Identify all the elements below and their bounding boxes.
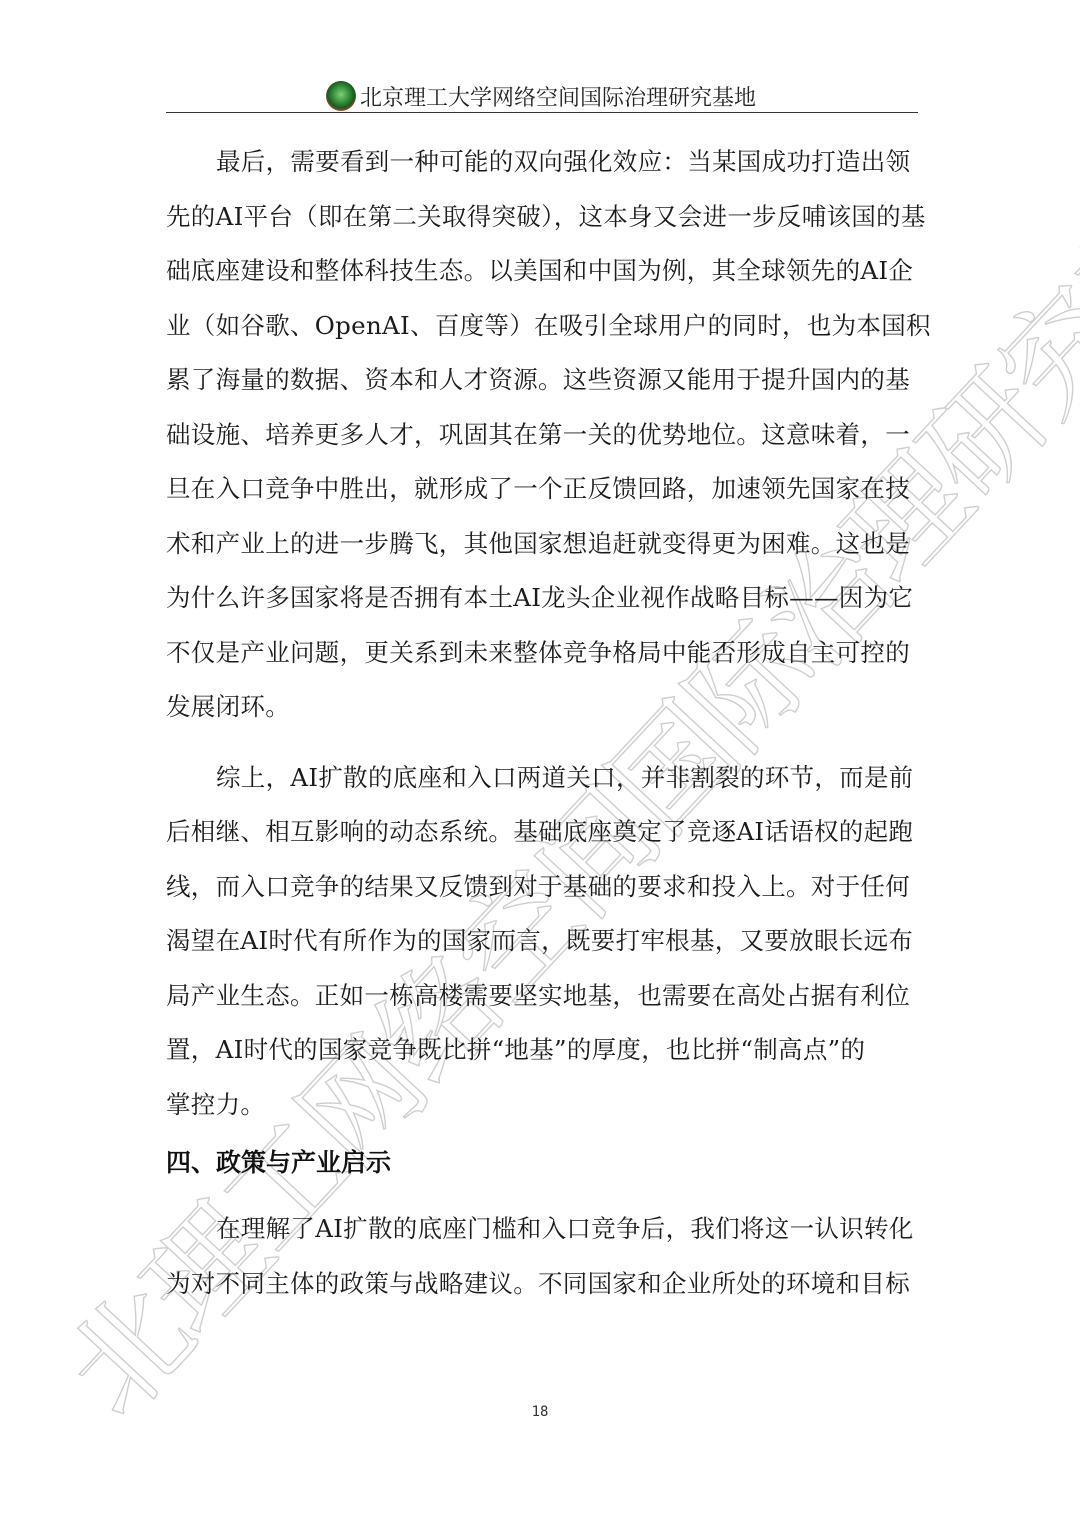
text-line: 为什么许多国家将是否拥有本土AI龙头企业视作战略目标——因为它 [166, 576, 916, 631]
text-line: 先的AI平台（即在第二关取得突破），这本身又会进一步反哺该国的基 [166, 195, 916, 250]
text-line: 不仅是产业问题，更关系到未来整体竞争格局中能否形成自主可控的 [166, 631, 916, 686]
heading-spacer [166, 1195, 916, 1207]
text-line: 础底座建设和整体科技生态。以美国和中国为例，其全球领先的AI企 [166, 249, 916, 304]
text-line: 为对不同主体的政策与战略建议。不同国家和企业所处的环境和目标 [166, 1262, 916, 1317]
text-line: 业（如谷歌、OpenAI、百度等）在吸引全球用户的同时，也为本国积 [166, 304, 916, 359]
text-line: 术和产业上的进一步腾飞，其他国家想追赶就变得更为困难。这也是 [166, 522, 916, 577]
text-line: 综上，AI扩散的底座和入口两道关口，并非割裂的环节，而是前 [166, 756, 916, 811]
header-title: 北京理工大学网络空间国际治理研究基地 [360, 81, 756, 112]
document-page: 北理工网络空间国际治理研究基地 北京理工大学网络空间国际治理研究基地 最后，需要… [0, 0, 1080, 1527]
body-content: 最后，需要看到一种可能的双向强化效应：当某国成功打造出领 先的AI平台（即在第二… [166, 140, 916, 1316]
paragraph-summary: 综上，AI扩散的底座和入口两道关口，并非割裂的环节，而是前 后相继、相互影响的动… [166, 756, 916, 1138]
text-line: 础设施、培养更多人才，巩固其在第一关的优势地位。这意味着，一 [166, 413, 916, 468]
text-line: 旦在入口竞争中胜出，就形成了一个正反馈回路，加速领先国家在技 [166, 467, 916, 522]
header-divider [166, 112, 918, 113]
institution-seal-icon [326, 81, 356, 111]
text-line: 发展闭环。 [166, 685, 916, 740]
text-line: 后相继、相互影响的动态系统。基础底座奠定了竞逐AI话语权的起跑 [166, 810, 916, 865]
paragraph-policy-intro: 在理解了AI扩散的底座门槛和入口竞争后，我们将这一认识转化 为对不同主体的政策与… [166, 1207, 916, 1316]
text-line: 渴望在AI时代有所作为的国家而言，既要打牢根基，又要放眼长远布 [166, 919, 916, 974]
text-line: 最后，需要看到一种可能的双向强化效应：当某国成功打造出领 [166, 140, 916, 195]
text-line: 线，而入口竞争的结果又反馈到对于基础的要求和投入上。对于任何 [166, 865, 916, 920]
paragraph-feedback-loop: 最后，需要看到一种可能的双向强化效应：当某国成功打造出领 先的AI平台（即在第二… [166, 140, 916, 740]
text-line: 局产业生态。正如一栋高楼需要坚实地基，也需要在高处占据有利位 [166, 974, 916, 1029]
text-line: 累了海量的数据、资本和人才资源。这些资源又能用于提升国内的基 [166, 358, 916, 413]
text-line: 置，AI时代的国家竞争既比拼“地基”的厚度，也比拼“制高点”的 [166, 1028, 916, 1083]
section-heading: 四、政策与产业启示 [166, 1141, 916, 1195]
paragraph-spacer [166, 740, 916, 756]
text-line: 在理解了AI扩散的底座门槛和入口竞争后，我们将这一认识转化 [166, 1207, 916, 1262]
text-line: 掌控力。 [166, 1083, 916, 1138]
page-header: 北京理工大学网络空间国际治理研究基地 [166, 76, 916, 116]
page-number: 18 [0, 1404, 1080, 1420]
